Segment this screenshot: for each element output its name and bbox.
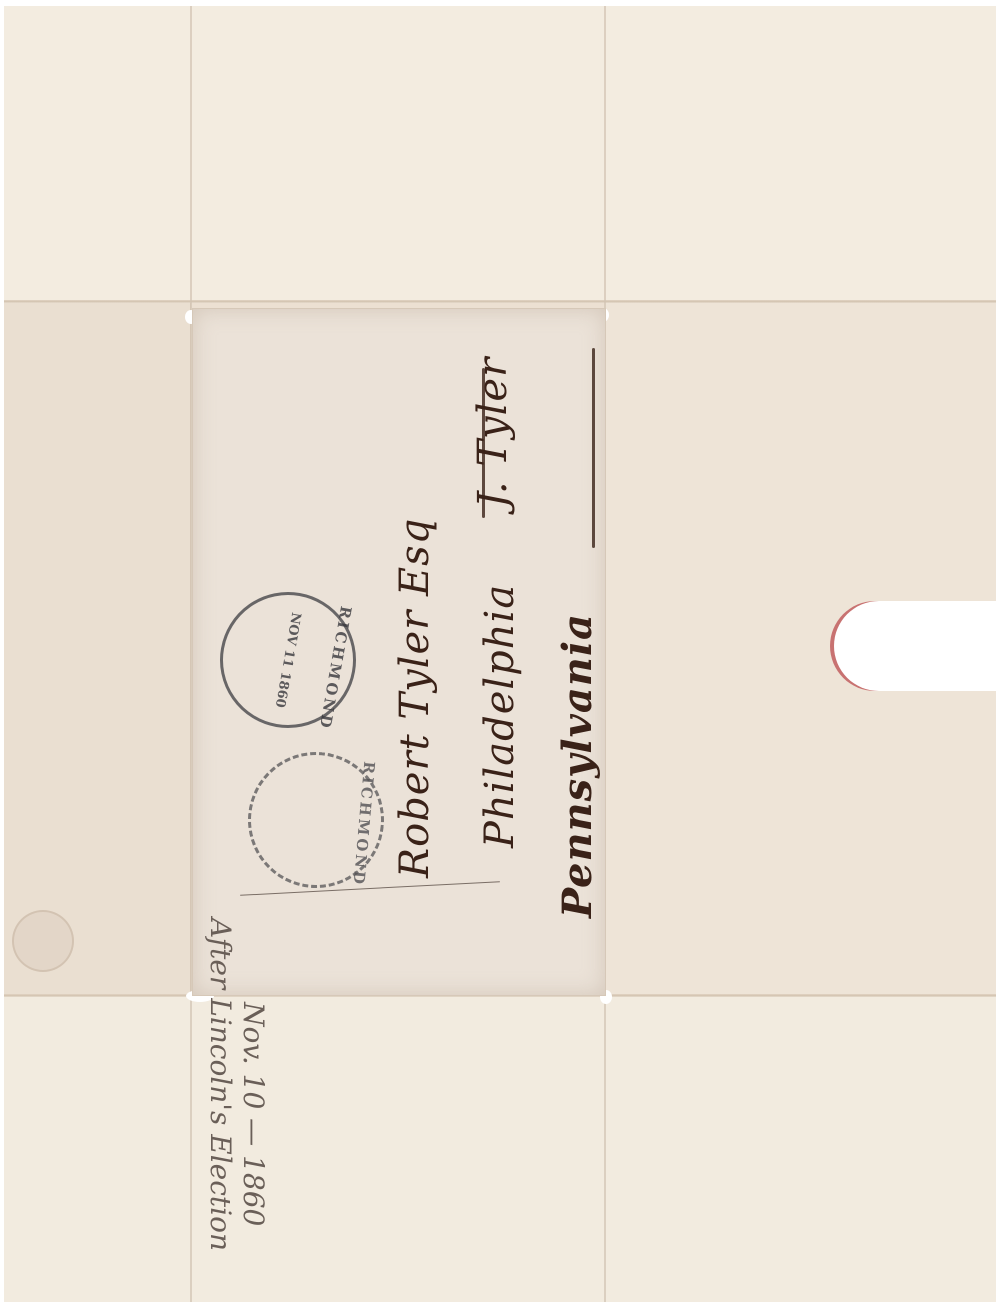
left-flap	[4, 302, 191, 996]
address-city: Philadelphia	[477, 584, 523, 848]
pencil-rule	[240, 881, 500, 896]
letter-sheet: RICHMOND NOV 11 1860 RICHMOND J. Tyler R…	[4, 6, 996, 1302]
top-panel	[4, 6, 996, 302]
pencil-date-note: Nov. 10 — 1860	[237, 1002, 270, 1226]
address-block: RICHMOND NOV 11 1860 RICHMOND J. Tyler R…	[192, 308, 604, 994]
signature-flourish	[482, 368, 485, 518]
state-flourish	[592, 348, 595, 548]
address-state: Pennsylvania	[554, 613, 601, 918]
sender-signature: J. Tyler	[470, 357, 516, 508]
postmark-date: NOV 11 1860	[272, 611, 304, 709]
torn-wax-seal	[834, 601, 1000, 691]
postmark-second-strike: RICHMOND	[242, 746, 389, 893]
postmark-richmond: RICHMOND NOV 11 1860	[209, 581, 367, 739]
pencil-context-note: After Lincoln's Election	[204, 918, 237, 1251]
bottom-panel	[4, 996, 996, 1302]
ghost-seal-impression	[12, 910, 74, 972]
fold-line-top	[4, 300, 996, 303]
addressee-name: Robert Tyler Esq	[392, 518, 438, 878]
postmark-ring-text: RICHMOND	[315, 603, 355, 734]
postmark-ring-text: RICHMOND	[349, 759, 378, 890]
